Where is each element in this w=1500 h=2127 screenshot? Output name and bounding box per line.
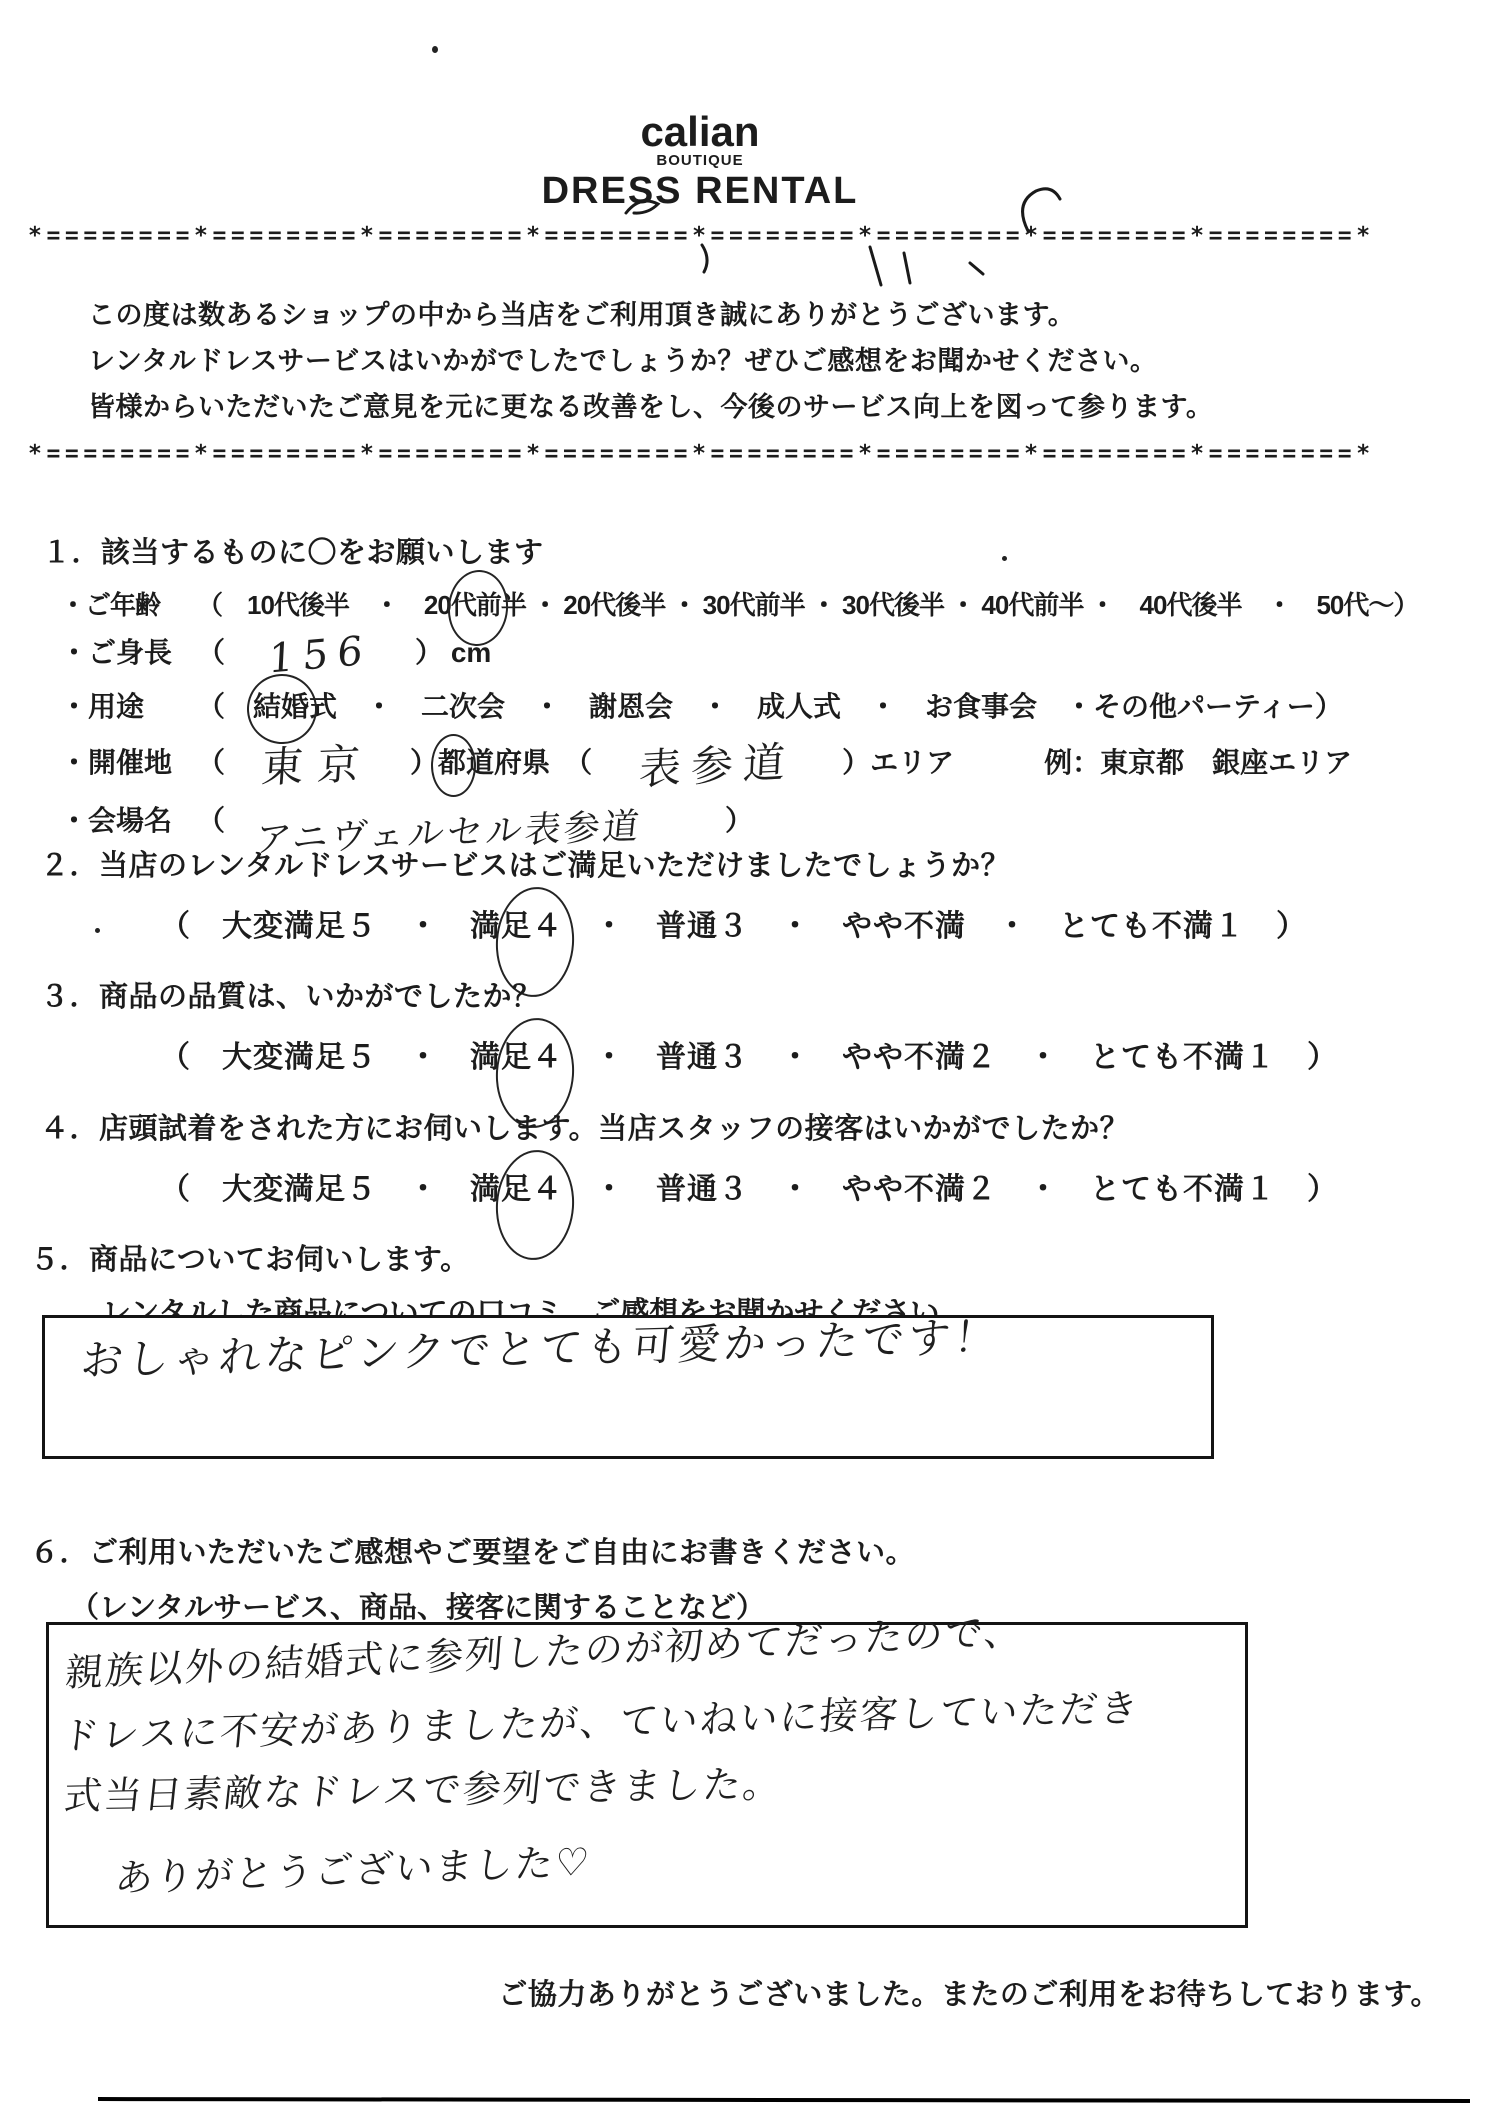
handwritten-prefecture-value: 東京 [224,746,411,787]
brand-logo: calian [200,108,1200,156]
question-6-heading: ６．ご利用いただいたご感想やご要望をご自由にお書きください。 [30,1530,1450,1571]
question-2-heading: ２．当店のレンタルドレスサービスはご満足いただけましたでしょうか？ [40,843,1460,884]
handwritten-area-value: 表参道 [591,742,842,789]
separator-line: *========*========*========*========*===… [28,223,1476,249]
location-row: ・開催地 （東京）都道府県 （表参道）エリア例：東京都 銀座エリア [42,743,1492,793]
location-field: （東京）都道府県 （表参道）エリア例：東京都 銀座エリア [197,743,1492,783]
options-prefix: （ 大変満足５ ・ 満 [160,1173,501,1206]
circled-answer-q4: 足４ [501,1164,563,1208]
footer-thanks-note: ご協力ありがとうございました。またのご利用をお待ちしております。 [498,1972,1440,2013]
handwritten-q6-line-3: 式当日素敵なドレスで参列できました。 [62,1767,784,1814]
handwritten-q6-line-2: ドレスに不安がありましたが、ていねいに接客していただき [60,1691,1142,1753]
brand-sub-label: BOUTIQUE [200,152,1200,169]
age-options: （ 10代後半 ・ 20代前半 ・ 20代後半 ・ 30代前半 ・ 30代後半 … [197,585,1492,625]
handwritten-height-value: 156 [224,630,415,681]
purpose-options-suffix: 式 ・ 二次会 ・ 謝恩会 ・ 成人式 ・ お食事会 ・その他パーティー） [309,691,1343,722]
question-5-heading: ５．商品についてお伺いします。 [30,1237,1450,1278]
location-label: ・開催地 [42,743,197,783]
circled-answer-age: 代前 [451,585,501,625]
question-3: ３．商品の品質は、いかがでしたか？ （ 大変満足５ ・ 満足４ ・ 普通３ ・ … [40,974,1460,1076]
purpose-options: （ 結婚式 ・ 二次会 ・ 謝恩会 ・ 成人式 ・ お食事会 ・その他パーティー… [197,687,1492,727]
intro-line-2: レンタルドレスサービスはいかがでしたでしょうか？ぜひご感想をお聞かせください。 [88,338,1213,384]
options-suffix: ・ 普通３ ・ やや不満２ ・ とても不満１ ） [563,1173,1338,1206]
scan-speck [95,928,100,933]
open-paren: （ [197,637,225,668]
intro-paragraph: この度は数あるショップの中から当店をご利用頂き誠にありがとうございます。 レンタ… [88,292,1213,430]
scan-speck [1002,556,1007,561]
venue-label: ・会場名 [42,801,197,841]
separator-line: *========*========*========*========*===… [28,441,1476,467]
question-3-options: （ 大変満足５ ・ 満足４ ・ 普通３ ・ やや不満２ ・ とても不満１ ） [160,1032,1460,1076]
prefecture-unit-rest: 道府県 [466,747,550,778]
close-paren: ） [415,637,443,668]
handwritten-q6-line-4: ありがとうございました♡ [114,1845,593,1896]
open-paren: （ [197,805,225,836]
question-2: ２．当店のレンタルドレスサービスはご満足いただけましたでしょうか？ （ 大変満足… [40,843,1460,945]
height-field: （156） cm [197,633,1492,673]
purpose-options-prefix: （ [197,691,253,722]
question-4-options: （ 大変満足５ ・ 満足４ ・ 普通３ ・ やや不満２ ・ とても不満１ ） [160,1164,1460,1208]
survey-form-page: calian BOUTIQUE DRESS RENTAL *========*=… [0,0,1500,2127]
intro-line-1: この度は数あるショップの中から当店をご利用頂き誠にありがとうございます。 [88,292,1213,338]
circled-answer-prefecture-unit: 都 [438,743,466,783]
question-1-heading: １．該当するものに〇をお願いします [42,530,1492,571]
handwritten-q5-answer: おしゃれなピンクでとても可愛かったです！ [80,1320,1002,1378]
age-row: ・ご年齢 （ 10代後半 ・ 20代前半 ・ 20代後半 ・ 30代前半 ・ 3… [42,585,1492,627]
circled-answer-purpose: 結婚 [253,687,309,727]
options-prefix: （ 大変満足５ ・ 満 [160,910,501,943]
question-3-heading: ３．商品の品質は、いかがでしたか？ [40,974,1460,1015]
question-6: ６．ご利用いただいたご感想やご要望をご自由にお書きください。 （レンタルサービス… [30,1530,1450,1626]
scan-speck [432,46,438,53]
purpose-label: ・用途 [42,687,197,727]
handwritten-q6-line-1: 親族以外の結婚式に参列したのが初めてだったので、 [64,1614,1025,1690]
question-6-comment-box: 親族以外の結婚式に参列したのが初めてだったので、 ドレスに不安がありましたが、て… [46,1622,1248,1928]
scan-edge-line [98,2097,1470,2103]
question-4: ４．店頭試着をされた方にお伺いします。当店スタッフの接客はいかがでしたか？ （ … [40,1106,1460,1208]
options-suffix: ・ 普通３ ・ やや不満２ ・ とても不満１ ） [563,1041,1338,1074]
age-options-prefix: （ 10代後半 ・ 20 [197,590,451,620]
intro-line-3: 皆様からいただいたご意見を元に更なる改善をし、今後のサービス向上を図って参ります… [88,384,1213,430]
options-suffix: ・ 普通３ ・ やや不満 ・ とても不満１ ） [563,910,1307,943]
question-5-comment-box: おしゃれなピンクでとても可愛かったです！ [42,1315,1214,1459]
circled-answer-q3: 足４ [501,1032,563,1076]
purpose-row: ・用途 （ 結婚式 ・ 二次会 ・ 謝恩会 ・ 成人式 ・ お食事会 ・その他パ… [42,687,1492,733]
location-example: 例：東京都 銀座エリア [1044,747,1352,778]
options-prefix: （ 大変満足５ ・ 満 [160,1041,501,1074]
close-paren: ） [725,805,753,836]
area-unit: ）エリア [842,747,954,778]
question-1: １．該当するものに〇をお願いします ・ご年齢 （ 10代後半 ・ 20代前半 ・… [42,530,1492,853]
question-2-options: （ 大変満足５ ・ 満足４ ・ 普通３ ・ やや不満 ・ とても不満１ ） [160,901,1460,945]
age-options-suffix: 半 ・ 20代後半 ・ 30代前半 ・ 30代後半 ・ 40代前半 ・ 40代後… [501,590,1419,620]
age-label: ・ご年齢 [42,585,197,625]
height-label: ・ご身長 [42,633,197,673]
open-paren: （ [578,747,592,778]
circled-answer-q2: 足４ [501,901,563,945]
open-paren: （ [197,747,225,778]
question-4-heading: ４．店頭試着をされた方にお伺いします。当店スタッフの接客はいかがでしたか？ [40,1106,1460,1147]
height-row: ・ご身長 （156） cm [42,633,1492,681]
